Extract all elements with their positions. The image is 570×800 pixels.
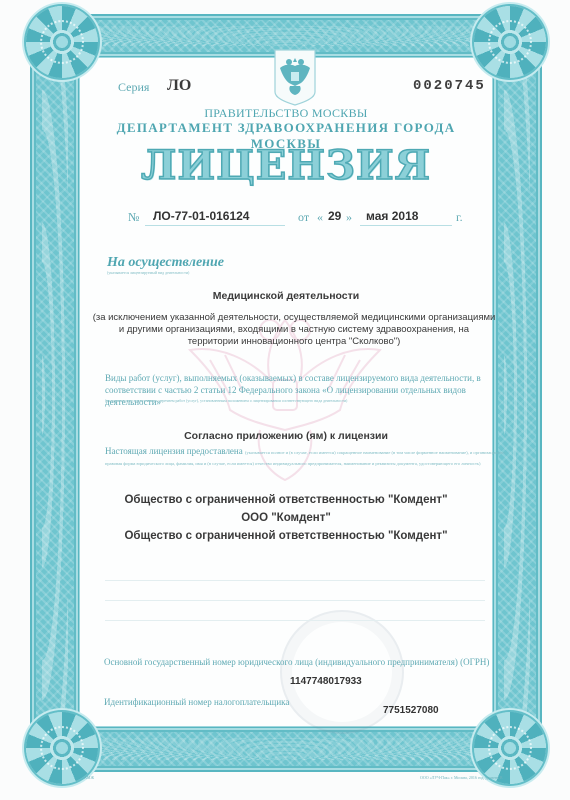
series-label: Серия bbox=[118, 80, 149, 95]
ogrn-label: Основной государственный номер юридическ… bbox=[104, 657, 489, 667]
rosette-ornament-icon bbox=[26, 712, 98, 784]
rosette-ornament-icon bbox=[474, 6, 546, 78]
quote-close: » bbox=[346, 210, 352, 225]
granted-label: Настоящая лицензия предоставлена bbox=[105, 446, 243, 456]
blank-line bbox=[105, 600, 485, 601]
government-name: ПРАВИТЕЛЬСТВО МОСКВЫ bbox=[80, 106, 492, 121]
coat-of-arms-icon bbox=[273, 48, 317, 106]
activity-note-line: территории инновационного центра "Сколко… bbox=[84, 336, 504, 348]
date-underline bbox=[360, 225, 452, 226]
appendix-reference: Согласно приложению (ям) к лицензии bbox=[80, 430, 492, 442]
blank-line bbox=[105, 580, 485, 581]
rosette-ornament-icon bbox=[26, 6, 98, 78]
activity-name: Медицинской деятельности bbox=[80, 290, 492, 302]
activity-note-line: (за исключением указанной деятельности, … bbox=[84, 312, 504, 324]
licensee-full-name: Общество с ограниченной ответственностью… bbox=[80, 494, 492, 506]
document-title: ЛИЦЕНЗИЯ bbox=[80, 142, 492, 189]
series-value: ЛО bbox=[167, 77, 191, 95]
works-hint: (указываются в соответствии с перечнем р… bbox=[105, 398, 515, 403]
year-suffix: г. bbox=[456, 210, 463, 225]
activity-heading: На осуществление bbox=[107, 255, 224, 271]
license-number-row: № ЛО-77-01-016124 от « 29 » мая 2018 г. bbox=[0, 208, 570, 228]
quote-open: « bbox=[317, 210, 323, 225]
number-underline bbox=[145, 225, 285, 226]
serial-number: 0020745 bbox=[413, 78, 486, 94]
activity-note: (за исключением указанной деятельности, … bbox=[84, 312, 504, 348]
rosette-ornament-icon bbox=[474, 712, 546, 784]
inn-value: 7751527080 bbox=[383, 705, 439, 716]
blank-line bbox=[105, 620, 485, 621]
date-day: 29 bbox=[328, 209, 341, 223]
print-code-left: АМЖ bbox=[84, 775, 94, 780]
border-left bbox=[30, 40, 80, 750]
number-sign: № bbox=[128, 210, 139, 225]
license-number: ЛО-77-01-016124 bbox=[153, 209, 249, 223]
inn-label: Идентификационный номер налогоплательщик… bbox=[104, 697, 289, 707]
print-code-right: ООО «ЛУЧ-Пак» г. Москва, 2016 год, урове… bbox=[420, 775, 503, 780]
license-document: Серия ЛО 0020745 ПРАВИТЕЛЬСТВО МОСКВЫ ДЕ… bbox=[0, 0, 570, 800]
activity-note-line: и другими организациями, входящими в час… bbox=[84, 324, 504, 336]
date-from-label: от bbox=[298, 210, 309, 225]
date-month-year: мая 2018 bbox=[366, 209, 418, 223]
granted-to: Настоящая лицензия предоставлена (указыв… bbox=[105, 446, 515, 468]
activity-hint: (указывается лицензируемый вид деятельно… bbox=[107, 270, 189, 275]
border-bottom bbox=[52, 726, 520, 772]
ogrn-value: 1147748017933 bbox=[290, 676, 362, 687]
licensee-brand-name: Общество с ограниченной ответственностью… bbox=[80, 530, 492, 542]
licensee-short-name: ООО "Комдент" bbox=[80, 512, 492, 524]
